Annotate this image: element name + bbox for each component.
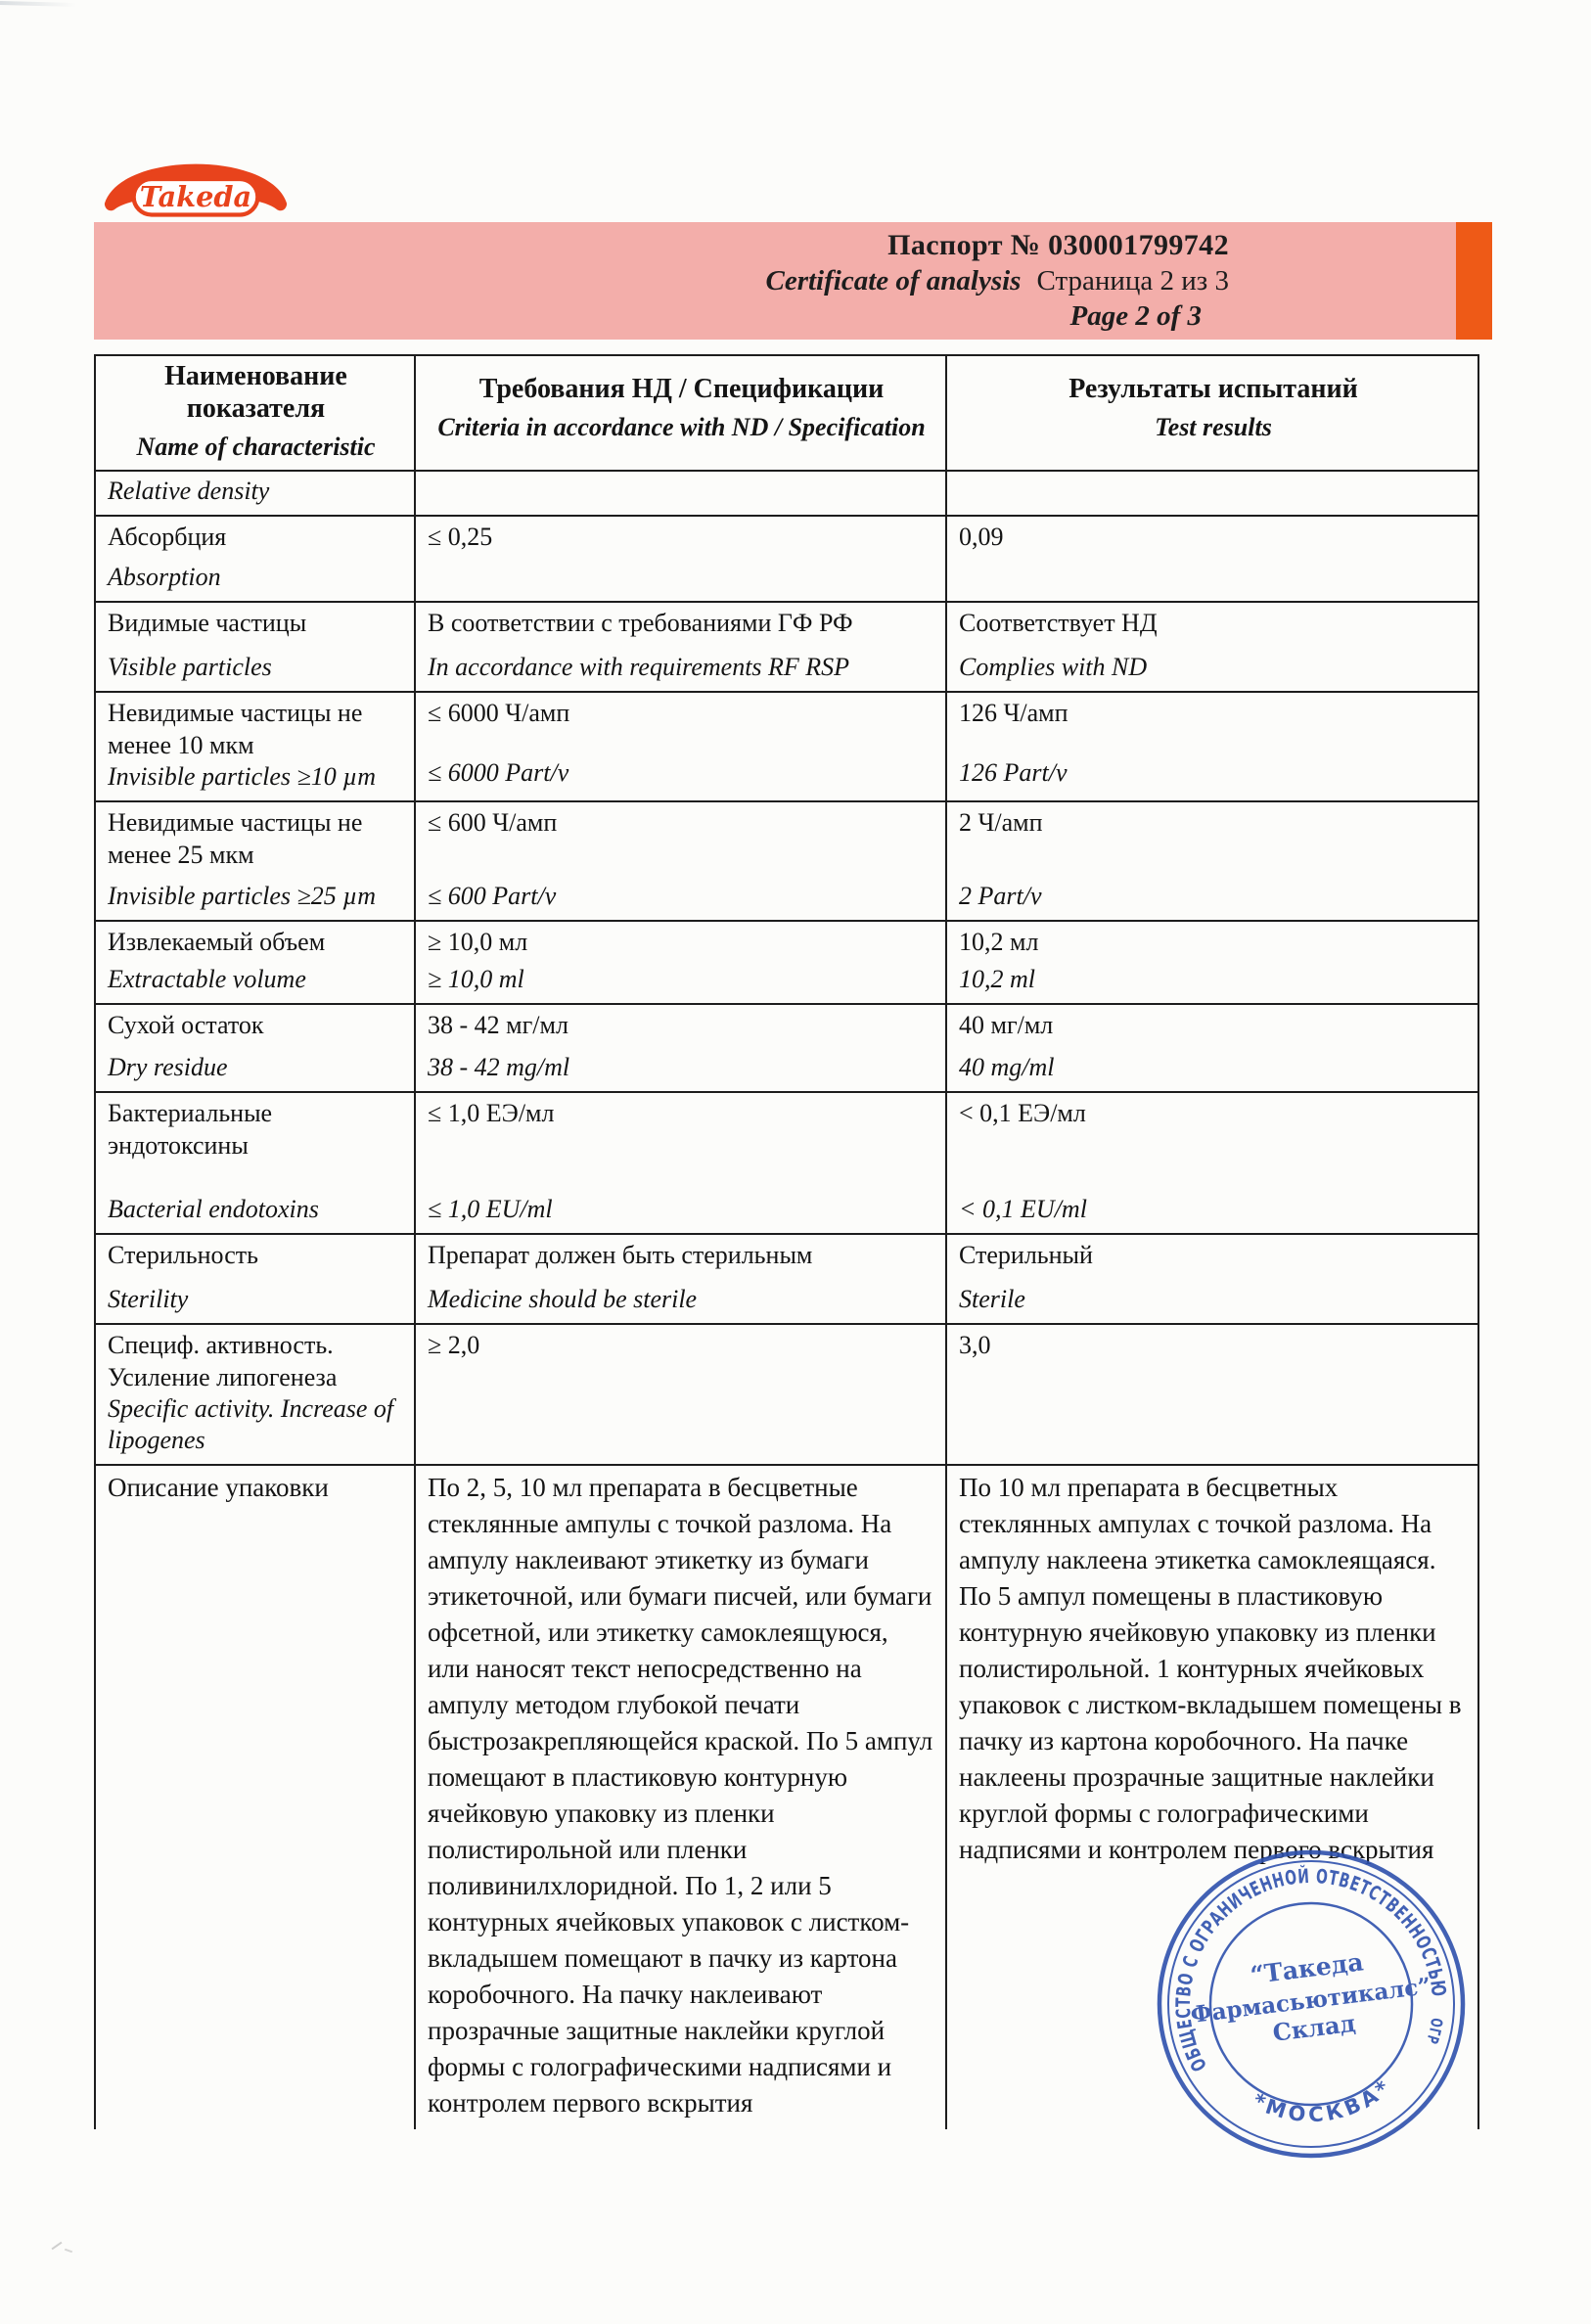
cell-criteria: В соответствии с требованиями ГФ РФ In a…	[415, 602, 946, 692]
header-result: Результаты испытаний Test results	[946, 355, 1478, 471]
passport-number: Паспорт № 030001799742	[766, 228, 1230, 263]
characteristic-en: Absorption	[108, 562, 404, 593]
cell-criteria: ≤ 6000 Ч/амп ≤ 6000 Part/v	[415, 692, 946, 801]
characteristic-ru: Стерильность	[108, 1239, 404, 1271]
table-row: Невидимые частицы не менее 25 мкм Invisi…	[95, 801, 1478, 921]
criteria-en: ≤ 1,0 EU/ml	[428, 1194, 935, 1225]
svg-text:*МОСКВА*: *МОСКВА*	[1247, 2073, 1400, 2135]
result-en: 126 Part/v	[959, 757, 1468, 789]
characteristic-ru: Сухой остаток	[108, 1009, 404, 1041]
cell-name: Невидимые частицы не менее 10 мкм Invisi…	[95, 692, 415, 801]
result-ru: < 0,1 ЕЭ/мл	[959, 1097, 1468, 1129]
table-row: Бактериальные эндотоксины Bacterial endo…	[95, 1092, 1478, 1234]
takeda-logo: Takeda	[102, 141, 290, 217]
table-row: Извлекаемый объем Extractable volume ≥ 1…	[95, 921, 1478, 1004]
cell-criteria: ≤ 0,25	[415, 516, 946, 602]
header-name-en: Name of characteristic	[136, 432, 375, 462]
cell-name: Описание упаковки	[95, 1465, 415, 2129]
certificate-title-line: Certificate of analysisСтраница 2 из 3	[766, 263, 1230, 298]
table-row: Видимые частицы Visible particles В соот…	[95, 602, 1478, 692]
band-accent-block	[1456, 222, 1492, 340]
characteristic-ru: Бактериальные эндотоксины	[108, 1097, 404, 1162]
result-en: 2 Part/v	[959, 881, 1468, 912]
cell-name: Абсорбция Absorption	[95, 516, 415, 602]
page-indicator-en: Page 2 of 3	[766, 298, 1230, 334]
company-stamp: ОБЩЕСТВО С ОГРАНИЧЕННОЙ ОТВЕТСТВЕННОСТЬЮ…	[1115, 1808, 1507, 2200]
cell-result: 126 Ч/амп 126 Part/v	[946, 692, 1478, 801]
header-criteria-ru: Требования НД / Спецификации	[479, 373, 885, 405]
criteria-en: 38 - 42 mg/ml	[428, 1052, 935, 1083]
characteristic-ru: Видимые частицы	[108, 607, 404, 639]
characteristic-en: Invisible particles ≥25 µm	[108, 881, 404, 912]
header-criteria: Требования НД / Спецификации Criteria in…	[415, 355, 946, 471]
result-ru: Стерильный	[959, 1239, 1468, 1271]
criteria-ru: По 2, 5, 10 мл препарата в бесцветные ст…	[428, 1470, 935, 2121]
criteria-ru: ≥ 10,0 мл	[428, 926, 935, 958]
table-row: Невидимые частицы не менее 10 мкм Invisi…	[95, 692, 1478, 801]
criteria-en: ≤ 600 Part/v	[428, 881, 935, 912]
passport-band: Паспорт № 030001799742 Certificate of an…	[94, 222, 1456, 340]
characteristic-ru: Описание упаковки	[108, 1470, 404, 1506]
criteria-en: Medicine should be sterile	[428, 1284, 935, 1315]
characteristic-en: Specific activity. Increase of lipogenes	[108, 1393, 404, 1456]
characteristic-ru: Абсорбция	[108, 521, 404, 553]
criteria-ru: 38 - 42 мг/мл	[428, 1009, 935, 1041]
cell-criteria: ≤ 600 Ч/амп ≤ 600 Part/v	[415, 801, 946, 921]
cell-name: Специф. активность. Усиление липогенеза …	[95, 1324, 415, 1465]
result-ru: 126 Ч/амп	[959, 697, 1468, 729]
characteristic-en: Visible particles	[108, 652, 404, 683]
table-row: Специф. активность. Усиление липогенеза …	[95, 1324, 1478, 1465]
cell-criteria: По 2, 5, 10 мл препарата в бесцветные ст…	[415, 1465, 946, 2129]
criteria-en: ≥ 10,0 ml	[428, 964, 935, 995]
logo-text: Takeda	[140, 180, 251, 213]
cell-result: Соответствует НД Complies with ND	[946, 602, 1478, 692]
characteristic-en: Dry residue	[108, 1052, 404, 1083]
page-indicator-ru: Страница 2 из 3	[1036, 265, 1229, 296]
result-en: Sterile	[959, 1284, 1468, 1315]
cell-result: 2 Ч/амп 2 Part/v	[946, 801, 1478, 921]
criteria-en: ≤ 6000 Part/v	[428, 757, 935, 789]
result-ru: Соответствует НД	[959, 607, 1468, 639]
cell-criteria: ≥ 2,0	[415, 1324, 946, 1465]
cell-name: Видимые частицы Visible particles	[95, 602, 415, 692]
cell-name: Стерильность Sterility	[95, 1234, 415, 1324]
certificate-page: Takeda Паспорт № 030001799742 Certificat…	[0, 0, 1591, 2324]
table-row: Стерильность Sterility Препарат должен б…	[95, 1234, 1478, 1324]
table-row: Сухой остаток Dry residue 38 - 42 мг/мл …	[95, 1004, 1478, 1092]
characteristic-en: Extractable volume	[108, 964, 404, 995]
characteristic-en: Relative density	[108, 476, 404, 507]
cell-name: Бактериальные эндотоксины Bacterial endo…	[95, 1092, 415, 1234]
criteria-ru: В соответствии с требованиями ГФ РФ	[428, 607, 935, 639]
criteria-en: In accordance with requirements RF RSP	[428, 652, 935, 683]
stamp-city-text: *МОСКВА*	[1247, 2073, 1400, 2135]
header-result-ru: Результаты испытаний	[1068, 373, 1358, 405]
cell-result	[946, 471, 1478, 516]
result-en: 40 mg/ml	[959, 1052, 1468, 1083]
criteria-ru: ≤ 1,0 ЕЭ/мл	[428, 1097, 935, 1129]
characteristic-en: Invisible particles ≥10 µm	[108, 761, 404, 793]
result-en: < 0,1 EU/ml	[959, 1194, 1468, 1225]
cell-criteria	[415, 471, 946, 516]
characteristic-en: Bacterial endotoxins	[108, 1194, 404, 1225]
cell-result: 40 мг/мл 40 mg/ml	[946, 1004, 1478, 1092]
criteria-ru: Препарат должен быть стерильным	[428, 1239, 935, 1271]
criteria-ru: ≤ 600 Ч/амп	[428, 806, 935, 839]
result-en: Complies with ND	[959, 652, 1468, 683]
scan-artifact	[0, 1, 76, 7]
characteristic-ru: Извлекаемый объем	[108, 926, 404, 958]
cell-result: 10,2 мл 10,2 ml	[946, 921, 1478, 1004]
cell-name: Извлекаемый объем Extractable volume	[95, 921, 415, 1004]
header-criteria-en: Criteria in accordance with ND / Specifi…	[437, 412, 925, 442]
table-header-row: Наименование показателя Name of characte…	[95, 355, 1478, 471]
result-ru: 2 Ч/амп	[959, 806, 1468, 839]
result-ru: 40 мг/мл	[959, 1009, 1468, 1041]
characteristic-ru: Невидимые частицы не менее 10 мкм	[108, 697, 404, 761]
result-ru: 3,0	[959, 1329, 1468, 1361]
criteria-ru: ≤ 6000 Ч/амп	[428, 697, 935, 729]
header-name: Наименование показателя Name of characte…	[95, 355, 415, 471]
result-ru: 0,09	[959, 521, 1468, 553]
cell-criteria: ≤ 1,0 ЕЭ/мл ≤ 1,0 EU/ml	[415, 1092, 946, 1234]
scan-artifact	[49, 2241, 74, 2258]
table-row: Абсорбция Absorption ≤ 0,25 0,09	[95, 516, 1478, 602]
cell-result: Стерильный Sterile	[946, 1234, 1478, 1324]
header-name-ru: Наименование показателя	[108, 360, 404, 425]
result-en: 10,2 ml	[959, 964, 1468, 995]
passport-band-text: Паспорт № 030001799742 Certificate of an…	[766, 228, 1230, 334]
cell-result: 0,09	[946, 516, 1478, 602]
cell-name: Сухой остаток Dry residue	[95, 1004, 415, 1092]
characteristic-ru: Невидимые частицы не менее 25 мкм	[108, 806, 404, 871]
cell-name: Невидимые частицы не менее 25 мкм Invisi…	[95, 801, 415, 921]
cell-name: Relative density	[95, 471, 415, 516]
cell-criteria: Препарат должен быть стерильным Medicine…	[415, 1234, 946, 1324]
cell-criteria: ≥ 10,0 мл ≥ 10,0 ml	[415, 921, 946, 1004]
characteristic-ru: Специф. активность. Усиление липогенеза	[108, 1329, 404, 1393]
cell-result: < 0,1 ЕЭ/мл < 0,1 EU/ml	[946, 1092, 1478, 1234]
cell-result: 3,0	[946, 1324, 1478, 1465]
certificate-title: Certificate of analysis	[766, 265, 1022, 296]
header-result-en: Test results	[1155, 412, 1272, 442]
characteristic-en: Sterility	[108, 1284, 404, 1315]
criteria-ru: ≤ 0,25	[428, 521, 935, 553]
table-row: Relative density	[95, 471, 1478, 516]
cell-criteria: 38 - 42 мг/мл 38 - 42 mg/ml	[415, 1004, 946, 1092]
criteria-ru: ≥ 2,0	[428, 1329, 935, 1361]
result-ru: 10,2 мл	[959, 926, 1468, 958]
